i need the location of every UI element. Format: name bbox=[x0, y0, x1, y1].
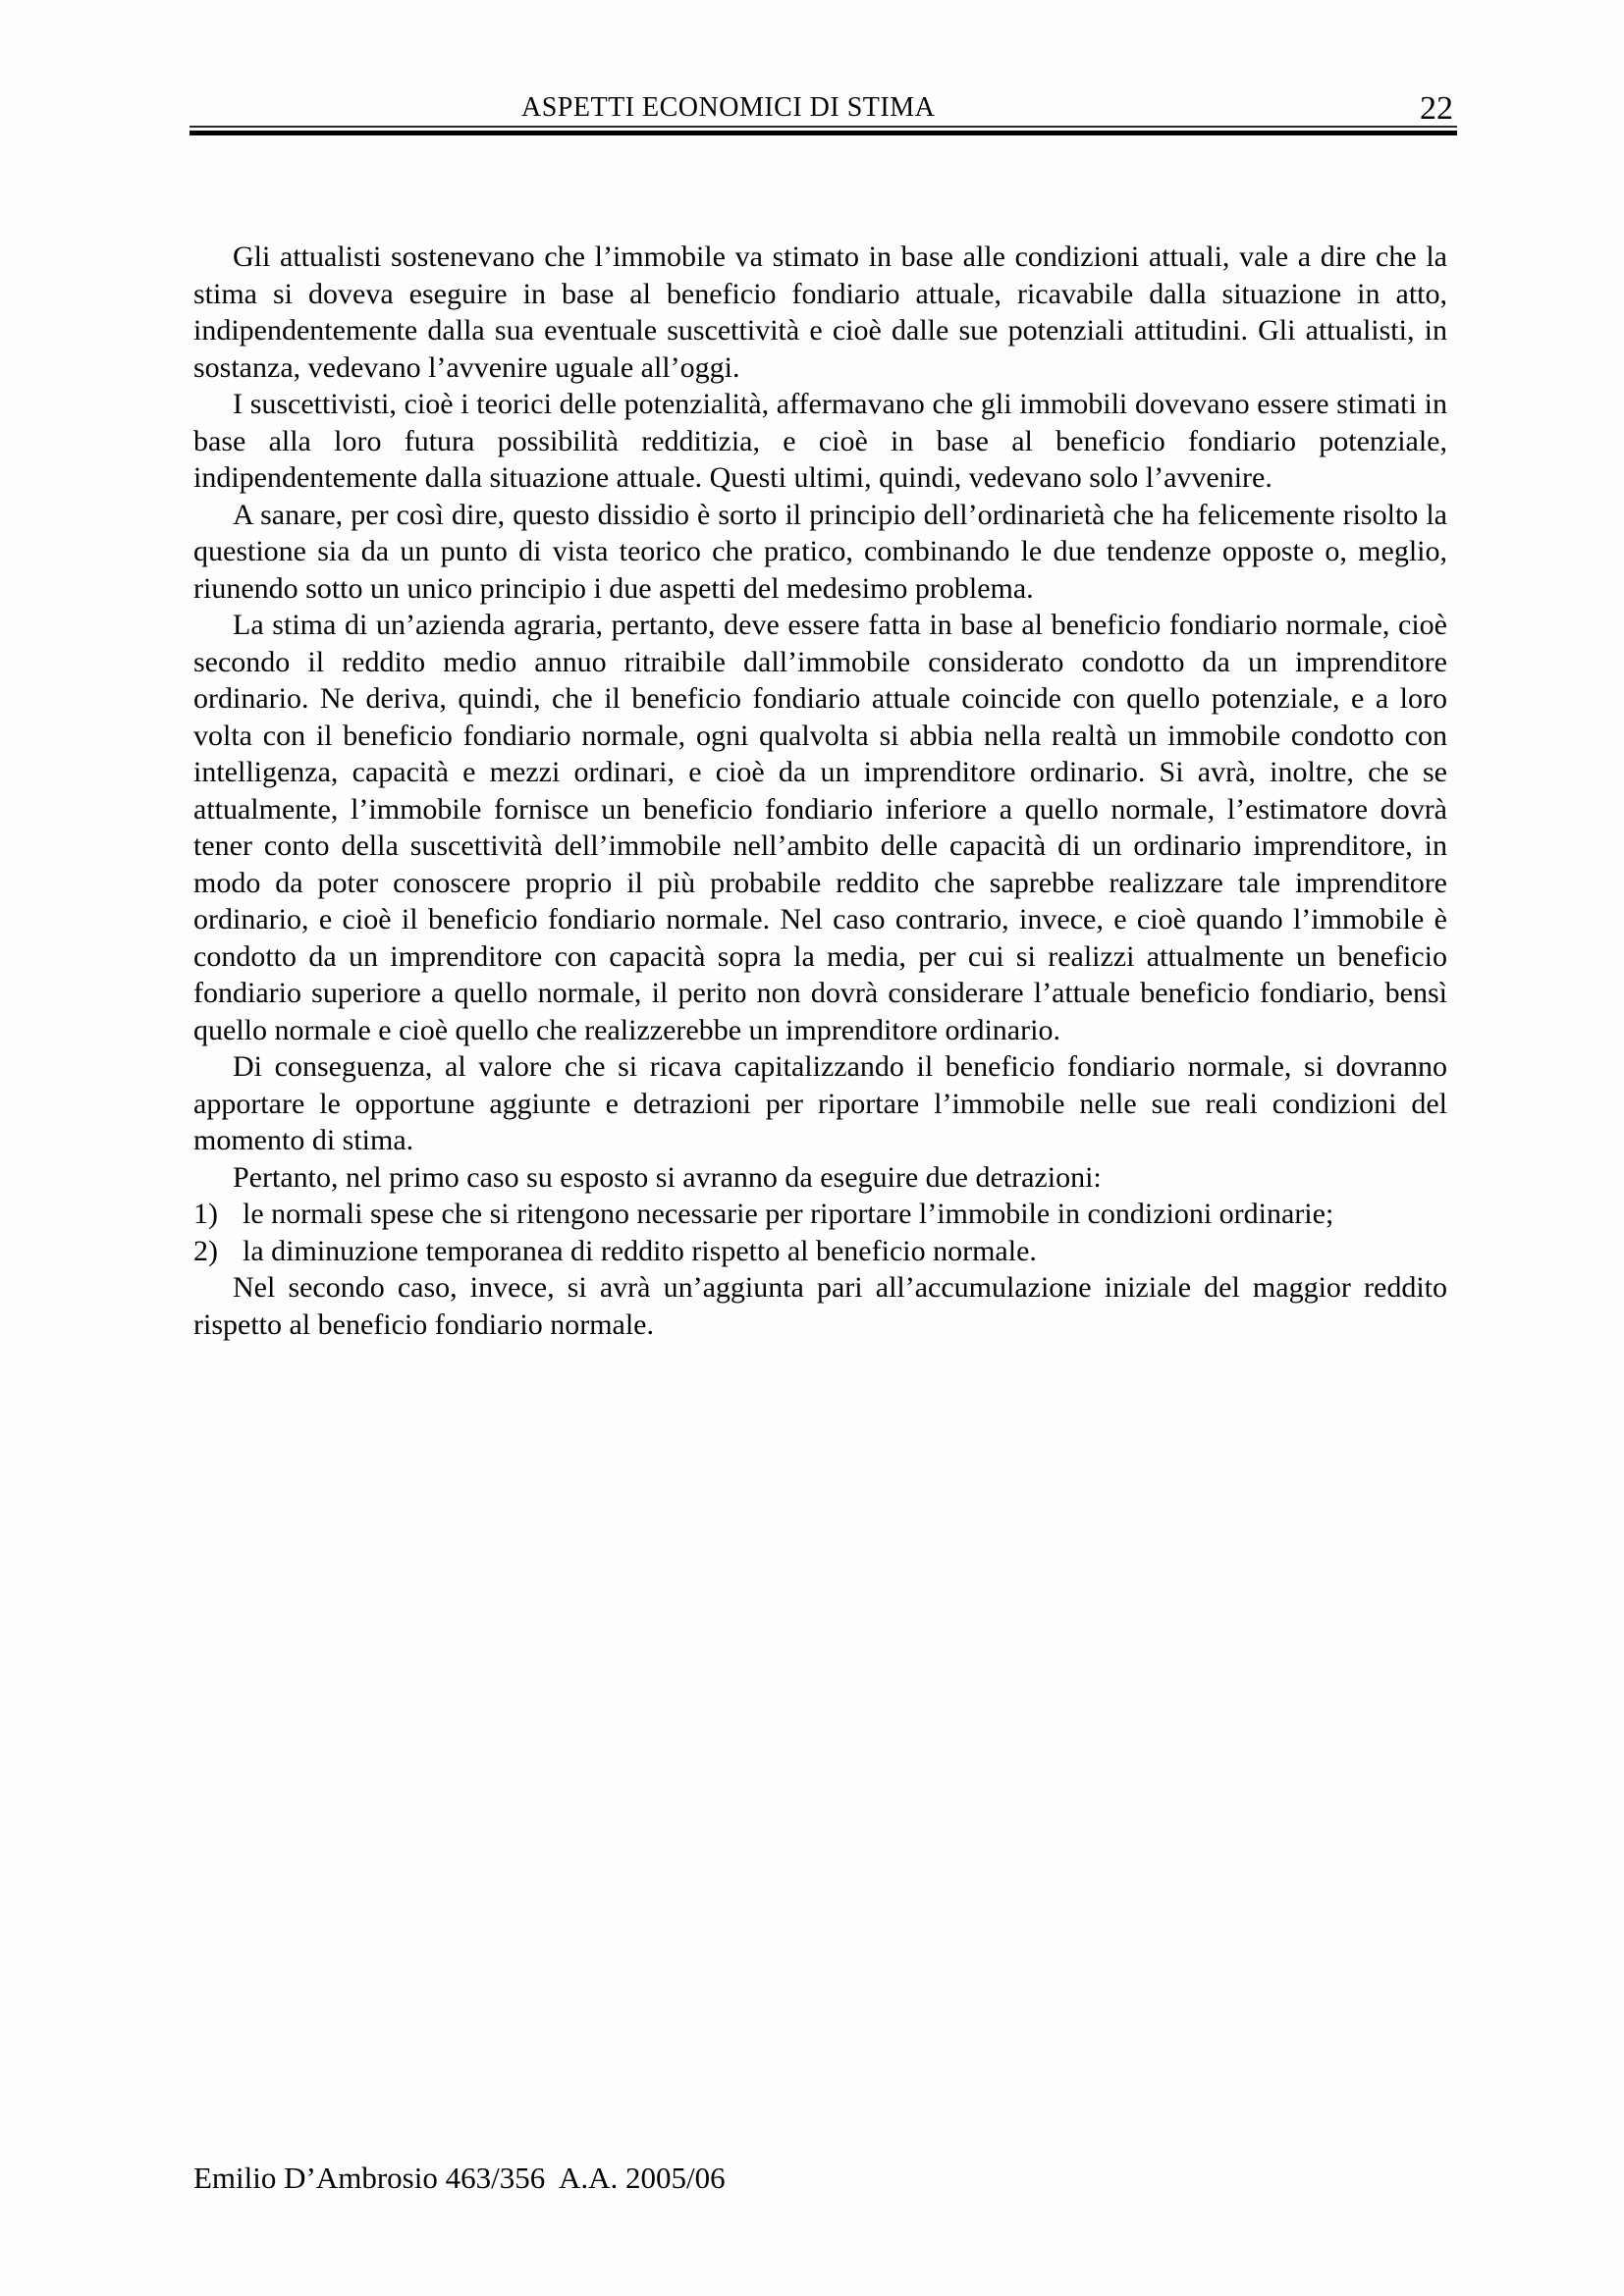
list-marker: 1) bbox=[193, 1196, 218, 1233]
list-marker: 2) bbox=[193, 1233, 218, 1270]
document-page: ASPETTI ECONOMICI DI STIMA 22 Gli attual… bbox=[0, 0, 1624, 2296]
paragraph-attualisti: Gli attualisti sostenevano che l’immobil… bbox=[193, 239, 1447, 386]
paragraph-pertanto: Pertanto, nel primo caso su esposto si a… bbox=[193, 1159, 1447, 1197]
list-item: 1) le normali spese che si ritengono nec… bbox=[193, 1196, 1447, 1233]
page-number: 22 bbox=[1420, 90, 1453, 128]
paragraph-stima-azienda: La stima di un’azienda agraria, pertanto… bbox=[193, 607, 1447, 1048]
header-divider-rule bbox=[189, 126, 1457, 135]
list-item: 2) la diminuzione temporanea di reddito … bbox=[193, 1233, 1447, 1270]
paragraph-suscettivisti: I suscettivisti, cioè i teorici delle po… bbox=[193, 386, 1447, 497]
header-rule-thick-line bbox=[189, 131, 1457, 135]
paragraph-secondo-caso: Nel secondo caso, invece, si avrà un’agg… bbox=[193, 1269, 1447, 1343]
running-head: ASPETTI ECONOMICI DI STIMA 22 bbox=[189, 92, 1457, 126]
footer-author-line: Emilio D’Ambrosio 463/356 A.A. 2005/06 bbox=[193, 2161, 726, 2196]
running-head-title: ASPETTI ECONOMICI DI STIMA bbox=[521, 92, 935, 124]
paragraph-conseguenza: Di conseguenza, al valore che si ricava … bbox=[193, 1048, 1447, 1159]
list-item-text: le normali spese che si ritengono necess… bbox=[243, 1198, 1333, 1230]
list-item-text: la diminuzione temporanea di reddito ris… bbox=[243, 1235, 1037, 1267]
body-text-block: Gli attualisti sostenevano che l’immobil… bbox=[193, 239, 1447, 1343]
paragraph-ordinarieta: A sanare, per così dire, questo dissidio… bbox=[193, 497, 1447, 608]
